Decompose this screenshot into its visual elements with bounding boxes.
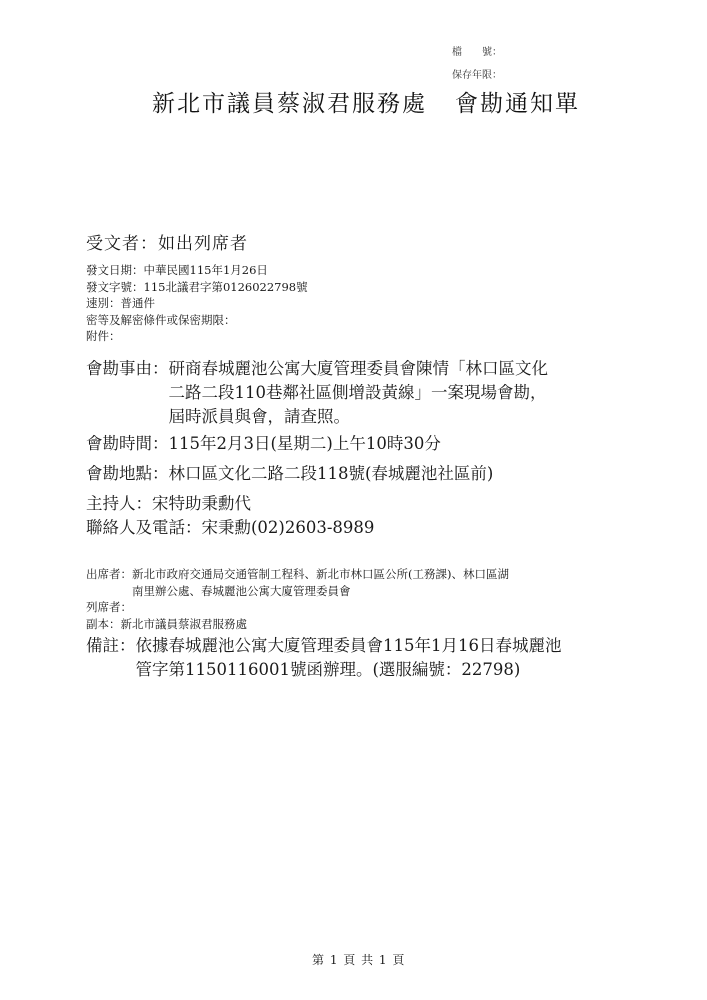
attend-label: 出席者： (86, 566, 132, 599)
recipient-line: 受文者：如出列席者 (86, 229, 248, 254)
inspection-time-label: 會勘時間： (86, 434, 169, 453)
inspection-place-label: 會勘地點： (86, 464, 169, 483)
observer-label: 列席者： (86, 599, 132, 616)
attend-line: 南里辦公處、春城麗池公寓大廈管理委員會 (132, 583, 509, 600)
speed-label: 速別： (86, 295, 121, 312)
inspection-reason-label: 會勘事由： (86, 357, 169, 429)
attachment-row: 附件： (86, 328, 308, 345)
inspection-reason: 會勘事由： 研商春城麗池公寓大廈管理委員會陳情「林口區文化 二路二段110巷鄰社… (86, 357, 646, 429)
copy-row: 副本： 新北市議員蔡淑君服務處 (86, 616, 646, 633)
attachment-label: 附件： (86, 328, 121, 345)
recipient-label: 受文者： (86, 234, 158, 254)
issue-info: 發文日期： 中華民國115年1月26日 發文字號： 115北議君字第012602… (86, 262, 308, 345)
inspection-place: 會勘地點：林口區文化二路二段118號(春城麗池社區前) (86, 462, 493, 486)
issue-date-label: 發文日期： (86, 262, 144, 279)
host-value: 宋特助秉勳代 (152, 494, 251, 513)
retention-period-label: 保存年限： (452, 66, 502, 81)
host-label: 主持人： (86, 494, 152, 513)
observer-row: 列席者： (86, 599, 646, 616)
inspection-place-value: 林口區文化二路二段118號(春城麗池社區前) (169, 464, 494, 483)
inspection-time-value: 115年2月3日(星期二)上午10時30分 (169, 434, 441, 453)
recipient-value: 如出列席者 (158, 234, 248, 254)
speed-row: 速別： 普通件 (86, 295, 308, 312)
issue-number-value: 115北議君字第0126022798號 (144, 279, 308, 296)
file-number-label: 檔 號： (452, 43, 502, 58)
secrecy-label: 密等及解密條件或保密期限： (86, 312, 236, 329)
inspection-reason-line: 二路二段110巷鄰社區側增設黃線」一案現場會勘， (169, 381, 549, 405)
inspection-reason-line: 研商春城麗池公寓大廈管理委員會陳情「林口區文化 (169, 357, 549, 381)
inspection-reason-line: 屆時派員與會，請查照。 (169, 405, 549, 429)
inspection-time: 會勘時間：115年2月3日(星期二)上午10時30分 (86, 432, 441, 456)
contact-value: 宋秉勳(02)2603-8989 (202, 518, 375, 537)
attend-row: 出席者： 新北市政府交通局交通管制工程科、新北市林口區公所(工務課)、林口區湖 … (86, 566, 646, 599)
copy-label: 副本： (86, 616, 121, 633)
remarks-label: 備註： (86, 634, 136, 682)
document-type: 會勘通知單 (455, 91, 580, 117)
office-name: 新北市議員蔡淑君服務處 (152, 91, 427, 117)
remarks-line: 依據春城麗池公寓大廈管理委員會115年1月16日春城麗池 (136, 634, 562, 658)
issue-date-row: 發文日期： 中華民國115年1月26日 (86, 262, 308, 279)
secrecy-row: 密等及解密條件或保密期限： (86, 312, 308, 329)
issue-number-label: 發文字號： (86, 279, 144, 296)
host: 主持人：宋特助秉勳代 (86, 492, 251, 516)
issue-date-value: 中華民國115年1月26日 (144, 262, 268, 279)
issue-number-row: 發文字號： 115北議君字第0126022798號 (86, 279, 308, 296)
document-title: 新北市議員蔡淑君服務處會勘通知單 (152, 85, 580, 118)
contact: 聯絡人及電話：宋秉勳(02)2603-8989 (86, 516, 374, 540)
contact-label: 聯絡人及電話： (86, 518, 202, 537)
speed-value: 普通件 (121, 295, 156, 312)
remarks: 備註： 依據春城麗池公寓大廈管理委員會115年1月16日春城麗池 管字第1150… (86, 634, 646, 682)
remarks-line: 管字第1150116001號函辦理。(選服編號：22798) (136, 658, 562, 682)
attend-line: 新北市政府交通局交通管制工程科、新北市林口區公所(工務課)、林口區湖 (132, 566, 509, 583)
page-number: 第 1 頁 共 1 頁 (312, 951, 405, 968)
attendees: 出席者： 新北市政府交通局交通管制工程科、新北市林口區公所(工務課)、林口區湖 … (86, 566, 646, 632)
copy-value: 新北市議員蔡淑君服務處 (121, 616, 248, 633)
